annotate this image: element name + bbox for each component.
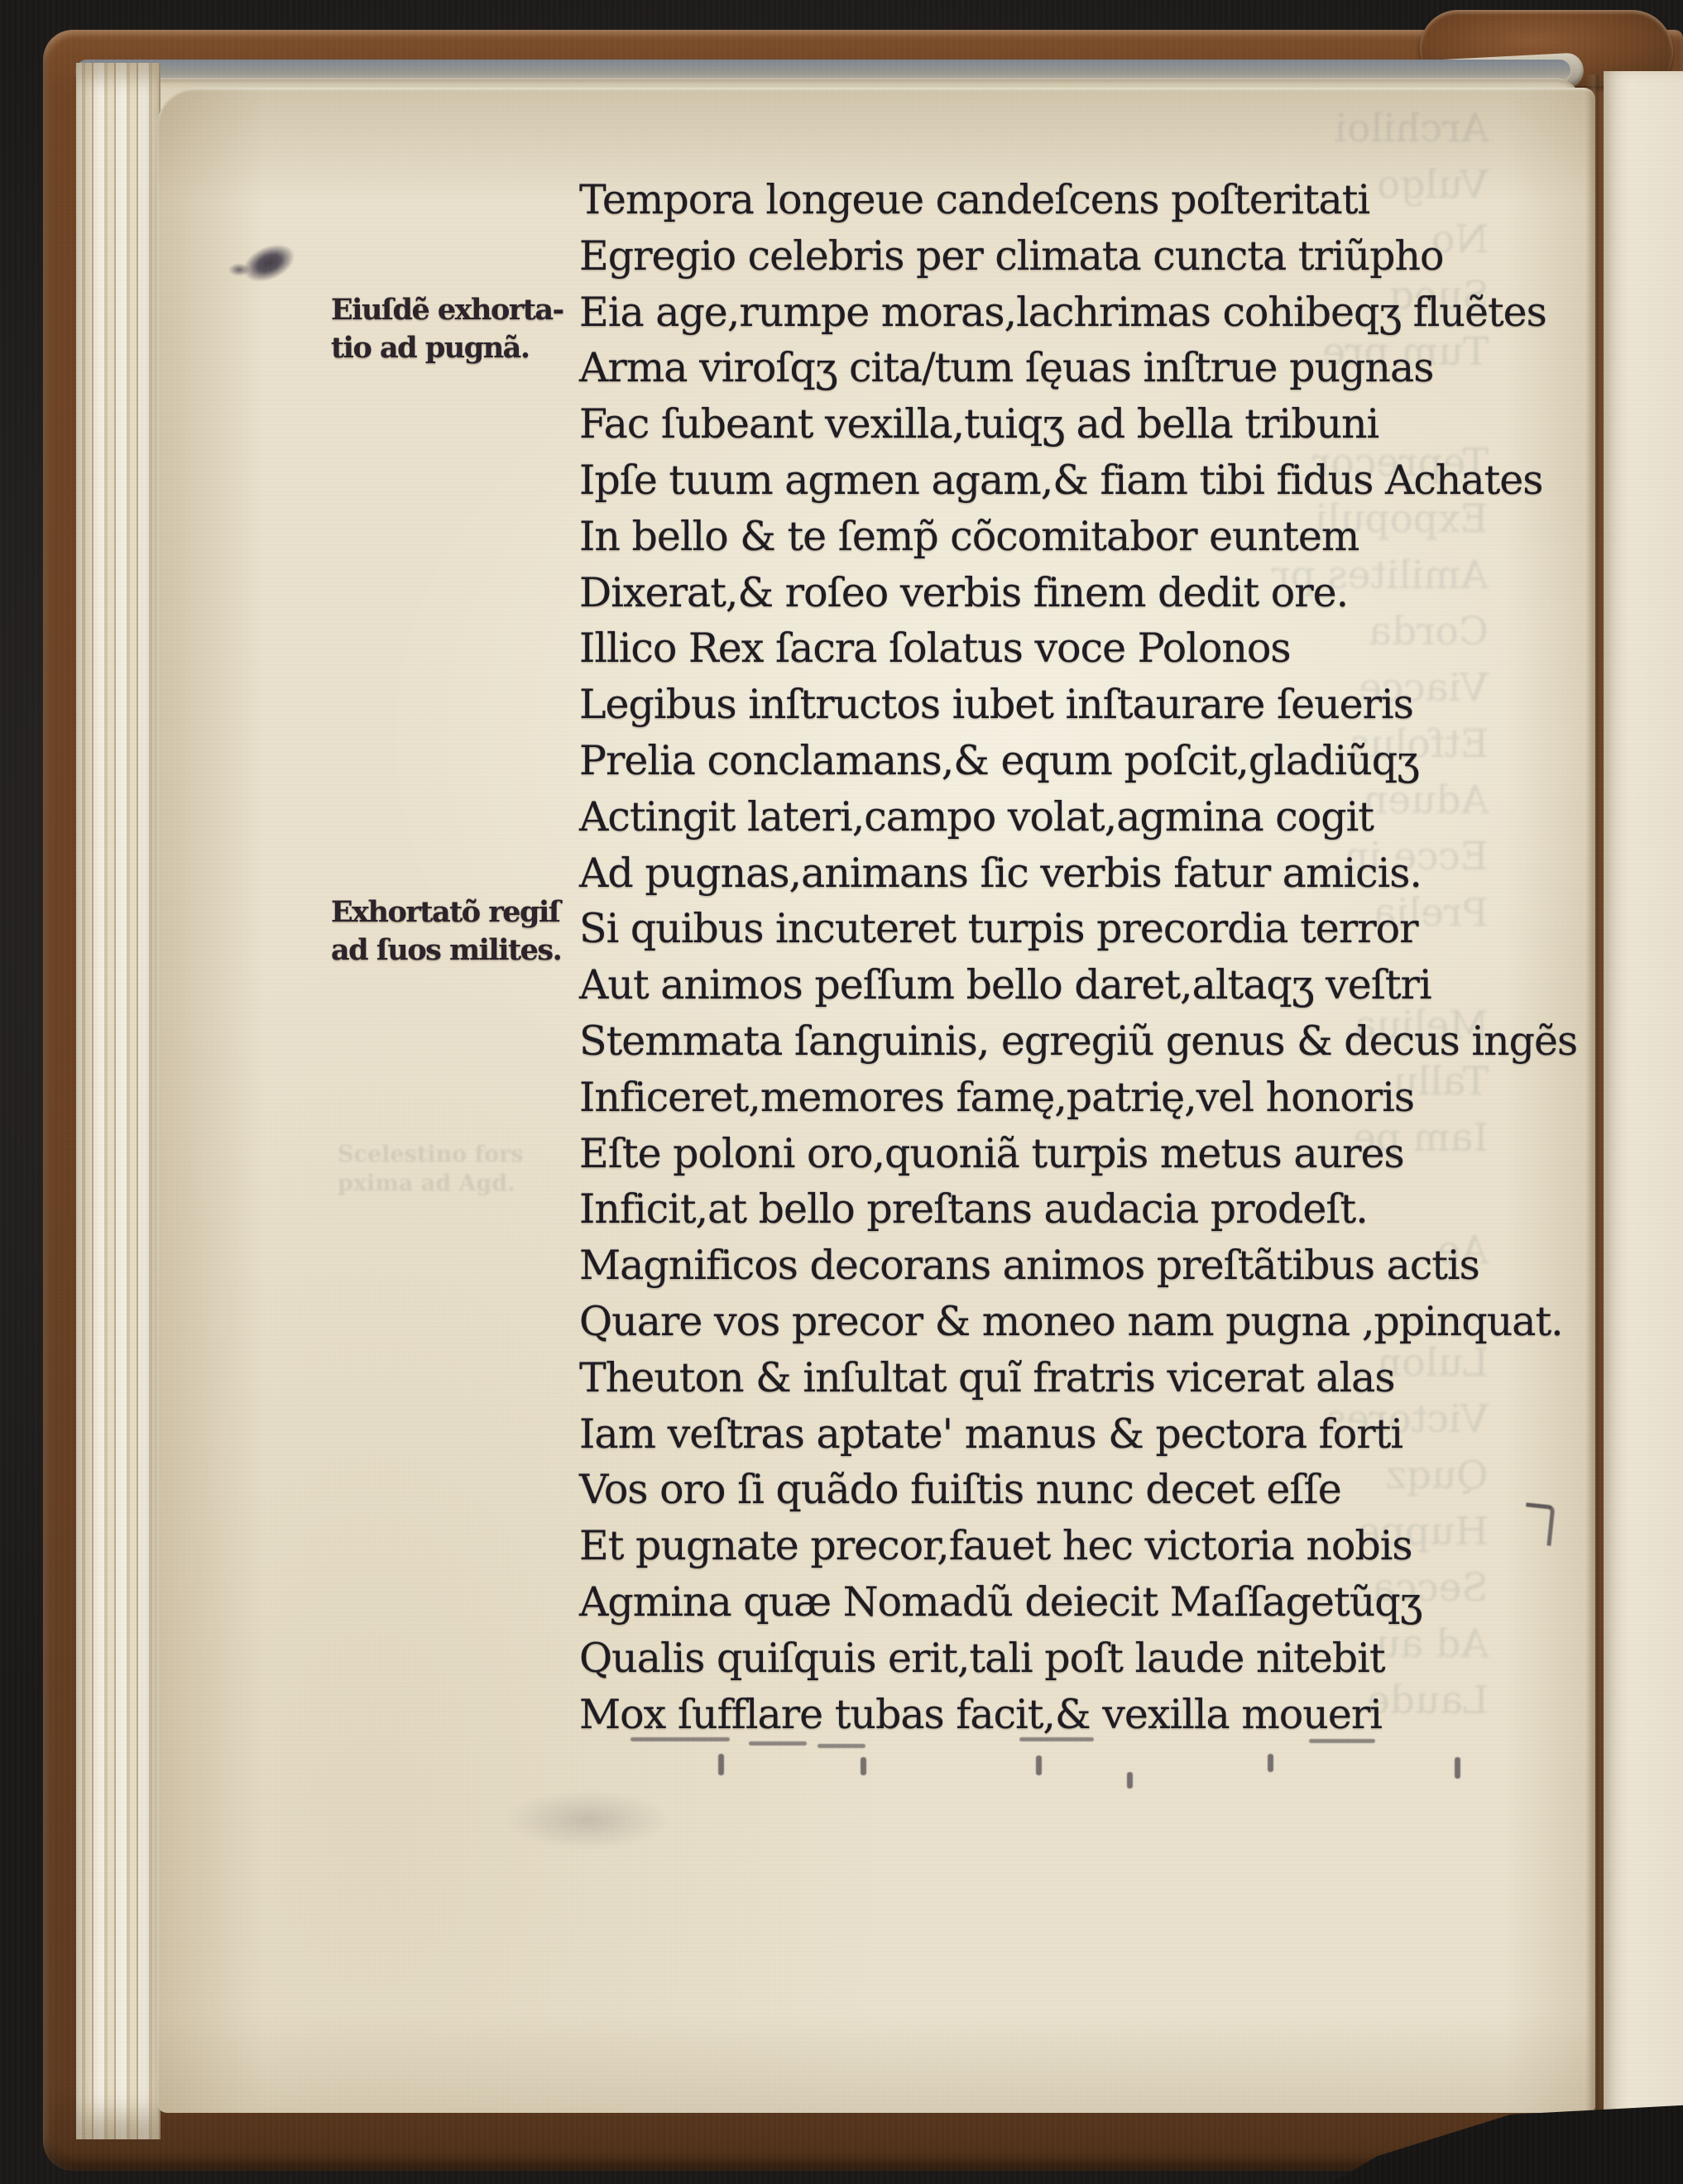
poem-line: Eſte poloni oro,quoniã turpis metus aure… [579,1126,1572,1182]
poem-line: Stemmata ſanguinis, egregiũ genus & decu… [579,1013,1572,1070]
poem-line: Iam veſtras aptate' manus & pectora fort… [579,1406,1572,1463]
poem-line: Prelia conclamans,& equm poſcit,gladiũqʒ [579,733,1572,789]
poem-line: Si quibus incuteret turpis precordia ter… [579,901,1572,957]
poem-line: Ipſe tuum agmen agam,& fiam tibi fidus A… [579,453,1572,509]
poem-line: Magnificos decorans animos preſtãtibus a… [579,1238,1572,1294]
poem-line: Legibus inſtructos iubet inſtaurare ſeue… [579,677,1572,733]
marginal-pen-mark [1522,1502,1556,1545]
offset-tick [1036,1755,1042,1775]
poem-line: Eia age,rumpe moras,lachrimas cohibeqʒ f… [579,285,1572,341]
offset-mark [818,1744,865,1748]
offset-tick [861,1757,866,1775]
poem-line: Dixerat,& roſeo verbis finem dedit ore. [579,565,1572,621]
margin-note-line: ad ſuos milites. [331,932,604,970]
poem-line: Inficit,at bello preſtans audacia prodeſ… [579,1181,1572,1238]
poem-line: Quare vos precor & moneo nam pugna ,ppin… [579,1294,1572,1350]
margin-note-exhortatio: Eiuſdẽ exhorta- tio ad pugnã. [331,291,604,367]
offset-tick [1127,1772,1133,1789]
poem-line: Theuton & inſultat quĩ fratris vicerat a… [579,1350,1572,1406]
poem-line: Ad pugnas,animans ſic verbis fatur amici… [579,845,1572,902]
poem-line: Inficeret,memores famę,patrię,vel honori… [579,1070,1572,1126]
poem-line: Aut animos peſſum bello daret,altaqʒ veſ… [579,957,1572,1013]
poem-line: Agmina quæ Nomadũ deiecit Maſſagetũqʒ [579,1574,1572,1631]
margin-note-line: tio ad pugnã. [331,329,604,367]
poem-line: Vos oro ſi quãdo fuiſtis nunc decet eſſe [579,1462,1572,1518]
poem-line: Tempora longeue candeſcens poſteritati [579,172,1572,228]
offset-mark [1309,1739,1375,1743]
margin-note-exhortato-regis: Exhortatõ regiſ ad ſuos milites. [331,893,604,970]
offset-tick [1268,1754,1273,1772]
poem-line: Fac ſubeant vexilla,tuiqʒ ad bella tribu… [579,396,1572,453]
poem-line: Actingit lateri,campo volat,agmina cogit [579,789,1572,845]
ghost-margin-note: Scelestino forspxima ad Agd. [338,1140,524,1198]
poem-line: Illico Rex ſacra ſolatus voce Polonos [579,620,1572,677]
faded-smear [505,1791,670,1849]
poem-line: Egregio celebris per climata cuncta triũ… [579,228,1572,285]
ghost-text: Archiloi [1335,106,1489,151]
ink-smudge-small [228,263,250,276]
poem-line: In bello & te ſemp̃ cõcomitabor euntem [579,509,1572,565]
poem-line: Arma viroſqʒ cita/tum ſęuas inſtrue pugn… [579,340,1572,396]
offset-mark [749,1741,807,1746]
poem-line: Mox ſufflare tubas facit,& vexilla mouer… [579,1687,1572,1743]
offset-tick [1455,1757,1460,1779]
margin-note-line: Eiuſdẽ exhorta- [331,291,604,329]
margin-note-line: Exhortatõ regiſ [331,893,604,932]
scanned-book-photo: ArchiloiVulgoNoSueqTum preTeprecorExpopu… [0,0,1683,2184]
offset-mark [1019,1737,1094,1741]
poem-line: Qualis quiſquis erit,tali poſt laude nit… [579,1631,1572,1687]
offset-tick [718,1754,724,1775]
offset-mark [631,1737,730,1741]
poem-line: Et pugnate precor,fauet hec victoria nob… [579,1518,1572,1574]
poem-text-block: Tempora longeue candeſcens poſteritatiEg… [579,172,1572,1742]
